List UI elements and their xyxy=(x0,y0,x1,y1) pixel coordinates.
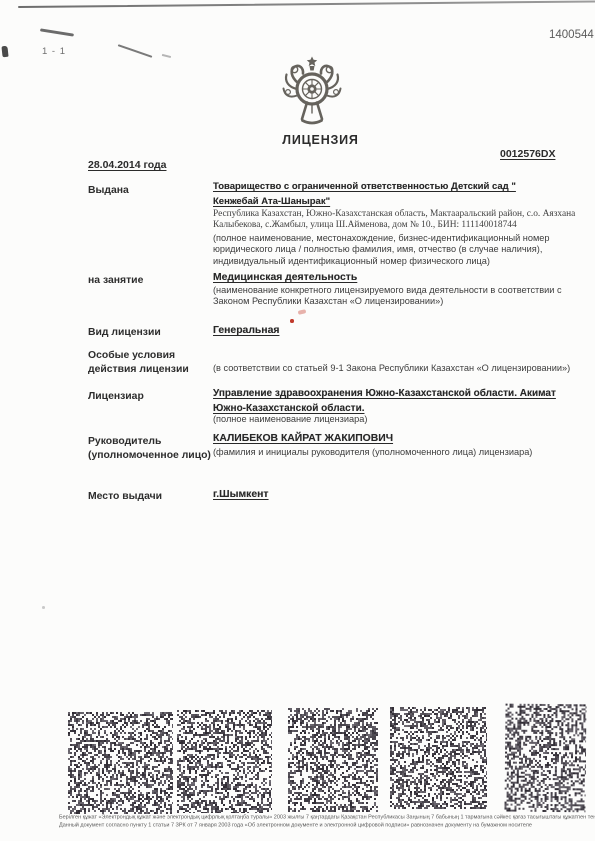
pen-stroke-mark xyxy=(162,54,171,58)
scan-speck xyxy=(42,606,45,609)
field-hint-activity: (наименование конкретного лицензируемого… xyxy=(213,285,585,308)
fine-print-kazakh: Берілген құжат «Электрондық құжат және э… xyxy=(59,814,595,820)
kazakhstan-coat-of-arms-icon xyxy=(282,56,342,128)
field-hint-issued-to: (полное наименование, местонахождение, б… xyxy=(213,233,585,267)
barcode-block-3 xyxy=(288,708,378,812)
field-value-place-of-issue: г.Шымкент xyxy=(213,487,587,502)
red-pen-smudge xyxy=(298,309,307,315)
barcode-block-4 xyxy=(390,707,487,809)
field-value-license-type: Генеральная xyxy=(213,323,587,338)
field-label-license-type: Вид лицензии xyxy=(88,326,218,340)
ink-smudge xyxy=(1,46,8,58)
field-value-licensor: Управление здравоохранения Южно-Казахста… xyxy=(213,386,589,416)
field-label-activity: на занятие xyxy=(88,274,218,288)
pen-stroke-mark xyxy=(40,28,74,36)
field-label-place-of-issue: Место выдачи xyxy=(88,490,218,504)
field-value-head-name: КАЛИБЕКОВ КАЙРАТ ЖАКИПОВИЧ xyxy=(213,431,587,446)
barcode-block-2 xyxy=(177,710,272,813)
scan-document-number: 1400544 xyxy=(549,29,594,41)
field-label-special-conditions: Особые условия действия лицензии xyxy=(88,349,218,376)
field-label-issued-to: Выдана xyxy=(88,184,218,198)
field-hint-head: (фамилия и инициалы руководителя (уполно… xyxy=(213,447,585,458)
pen-stroke-mark xyxy=(118,44,153,58)
license-number: 0012576DX xyxy=(500,148,555,160)
red-pen-dot xyxy=(290,319,294,323)
scan-edge-line xyxy=(18,0,595,8)
field-value-activity: Медицинская деятельность xyxy=(213,270,587,285)
fine-print-russian: Данный документ согласно пункту 1 статьи… xyxy=(59,822,532,828)
license-document-page: 1 - 1 1400544 xyxy=(0,0,595,841)
field-hint-licensor: (полное наименование лицензиара) xyxy=(213,414,585,425)
document-title: ЛИЦЕНЗИЯ xyxy=(0,133,595,147)
page-counter: 1 - 1 xyxy=(42,46,66,57)
field-label-licensor: Лицензиар xyxy=(88,390,218,404)
field-hint-special-conditions: (в соответствии со статьей 9-1 Закона Ре… xyxy=(213,363,585,374)
licensee-address: Республика Казахстан, Южно-Казахстанская… xyxy=(213,209,591,231)
barcode-block-5 xyxy=(504,704,586,813)
field-value-licensee-name: Товарищество с ограниченной ответственно… xyxy=(213,179,548,209)
issue-date: 28.04.2014 года xyxy=(88,159,166,171)
barcode-block-1 xyxy=(68,712,173,814)
field-label-head: Руководитель (уполномоченное лицо) xyxy=(88,435,218,462)
